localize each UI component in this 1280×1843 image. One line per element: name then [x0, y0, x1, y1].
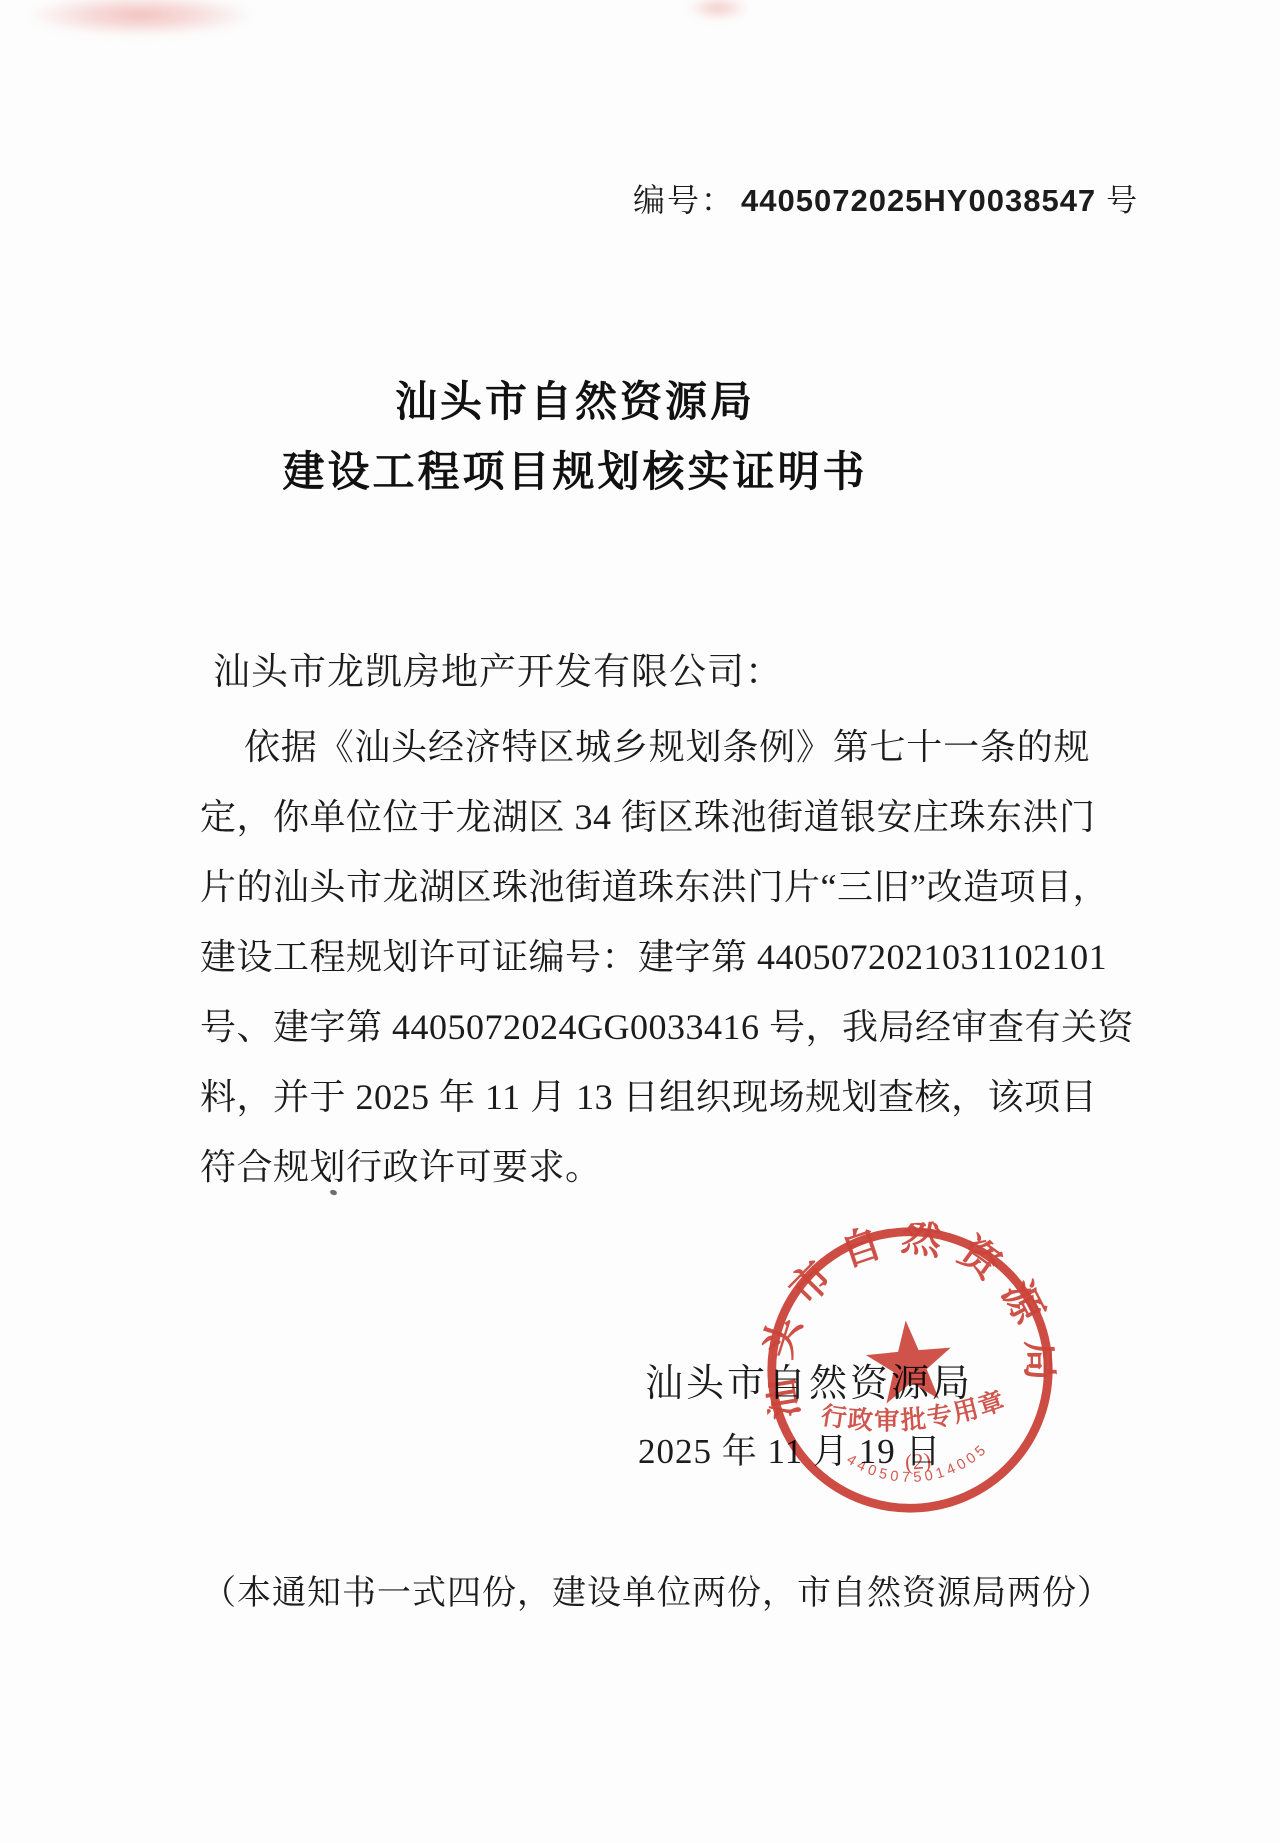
- document-number-label: 编号：: [633, 182, 735, 218]
- top-center-stamp-smudge: [688, 0, 748, 20]
- seal-ring-text-holder: 汕头市自然资源局: [752, 1212, 1068, 1423]
- body-line: 定，你单位位于龙湖区 34 街区珠池街道银安庄珠东洪门: [200, 782, 1090, 852]
- document-number-line: 编号：4405072025HY0038547号: [633, 184, 1137, 216]
- seal-star-icon: [863, 1317, 955, 1405]
- document-title: 汕头市自然资源局 建设工程项目规划核实证明书: [70, 368, 1080, 508]
- title-line-2: 建设工程项目规划核实证明书: [70, 438, 1080, 508]
- seal-banner-text: 行政审批专用章: [817, 1385, 1011, 1443]
- official-seal: 汕头市自然资源局 行政审批专用章 (2) 4405075014005: [752, 1212, 1068, 1528]
- title-line-1: 汕头市自然资源局: [70, 368, 1080, 438]
- body-line: 依据《汕头经济特区城乡规划条例》第七十一条的规: [200, 712, 1090, 782]
- body-line: 建设工程规划许可证编号：建字第 4405072021031102101: [200, 922, 1090, 992]
- body-line: 片的汕头市龙湖区珠池街道珠东洪门片“三旧”改造项目，: [200, 852, 1090, 922]
- document-number-suffix: 号: [1106, 183, 1137, 218]
- seal-ring-text: 汕头市自然资源局: [752, 1212, 1068, 1423]
- top-left-stamp-smudge: [28, 0, 253, 36]
- seal-banner-text-holder: 行政审批专用章: [817, 1385, 1011, 1443]
- body-paragraph: 依据《汕头经济特区城乡规划条例》第七十一条的规 定，你单位位于龙湖区 34 街区…: [200, 712, 1090, 1202]
- document-page: 编号：4405072025HY0038547号 汕头市自然资源局 建设工程项目规…: [0, 0, 1280, 1843]
- recipient-line: 汕头市龙凯房地产开发有限公司：: [213, 653, 783, 694]
- body-line: 号、建字第 4405072024GG0033416 号，我局经审查有关资: [200, 992, 1090, 1062]
- body-line: 料，并于 2025 年 11 月 13 日组织现场规划查核，该项目: [200, 1062, 1090, 1132]
- footer-note: （本通知书一式四份，建设单位两份，市自然资源局两份）: [202, 1565, 1112, 1614]
- document-number-value: 4405072025HY0038547: [741, 183, 1096, 218]
